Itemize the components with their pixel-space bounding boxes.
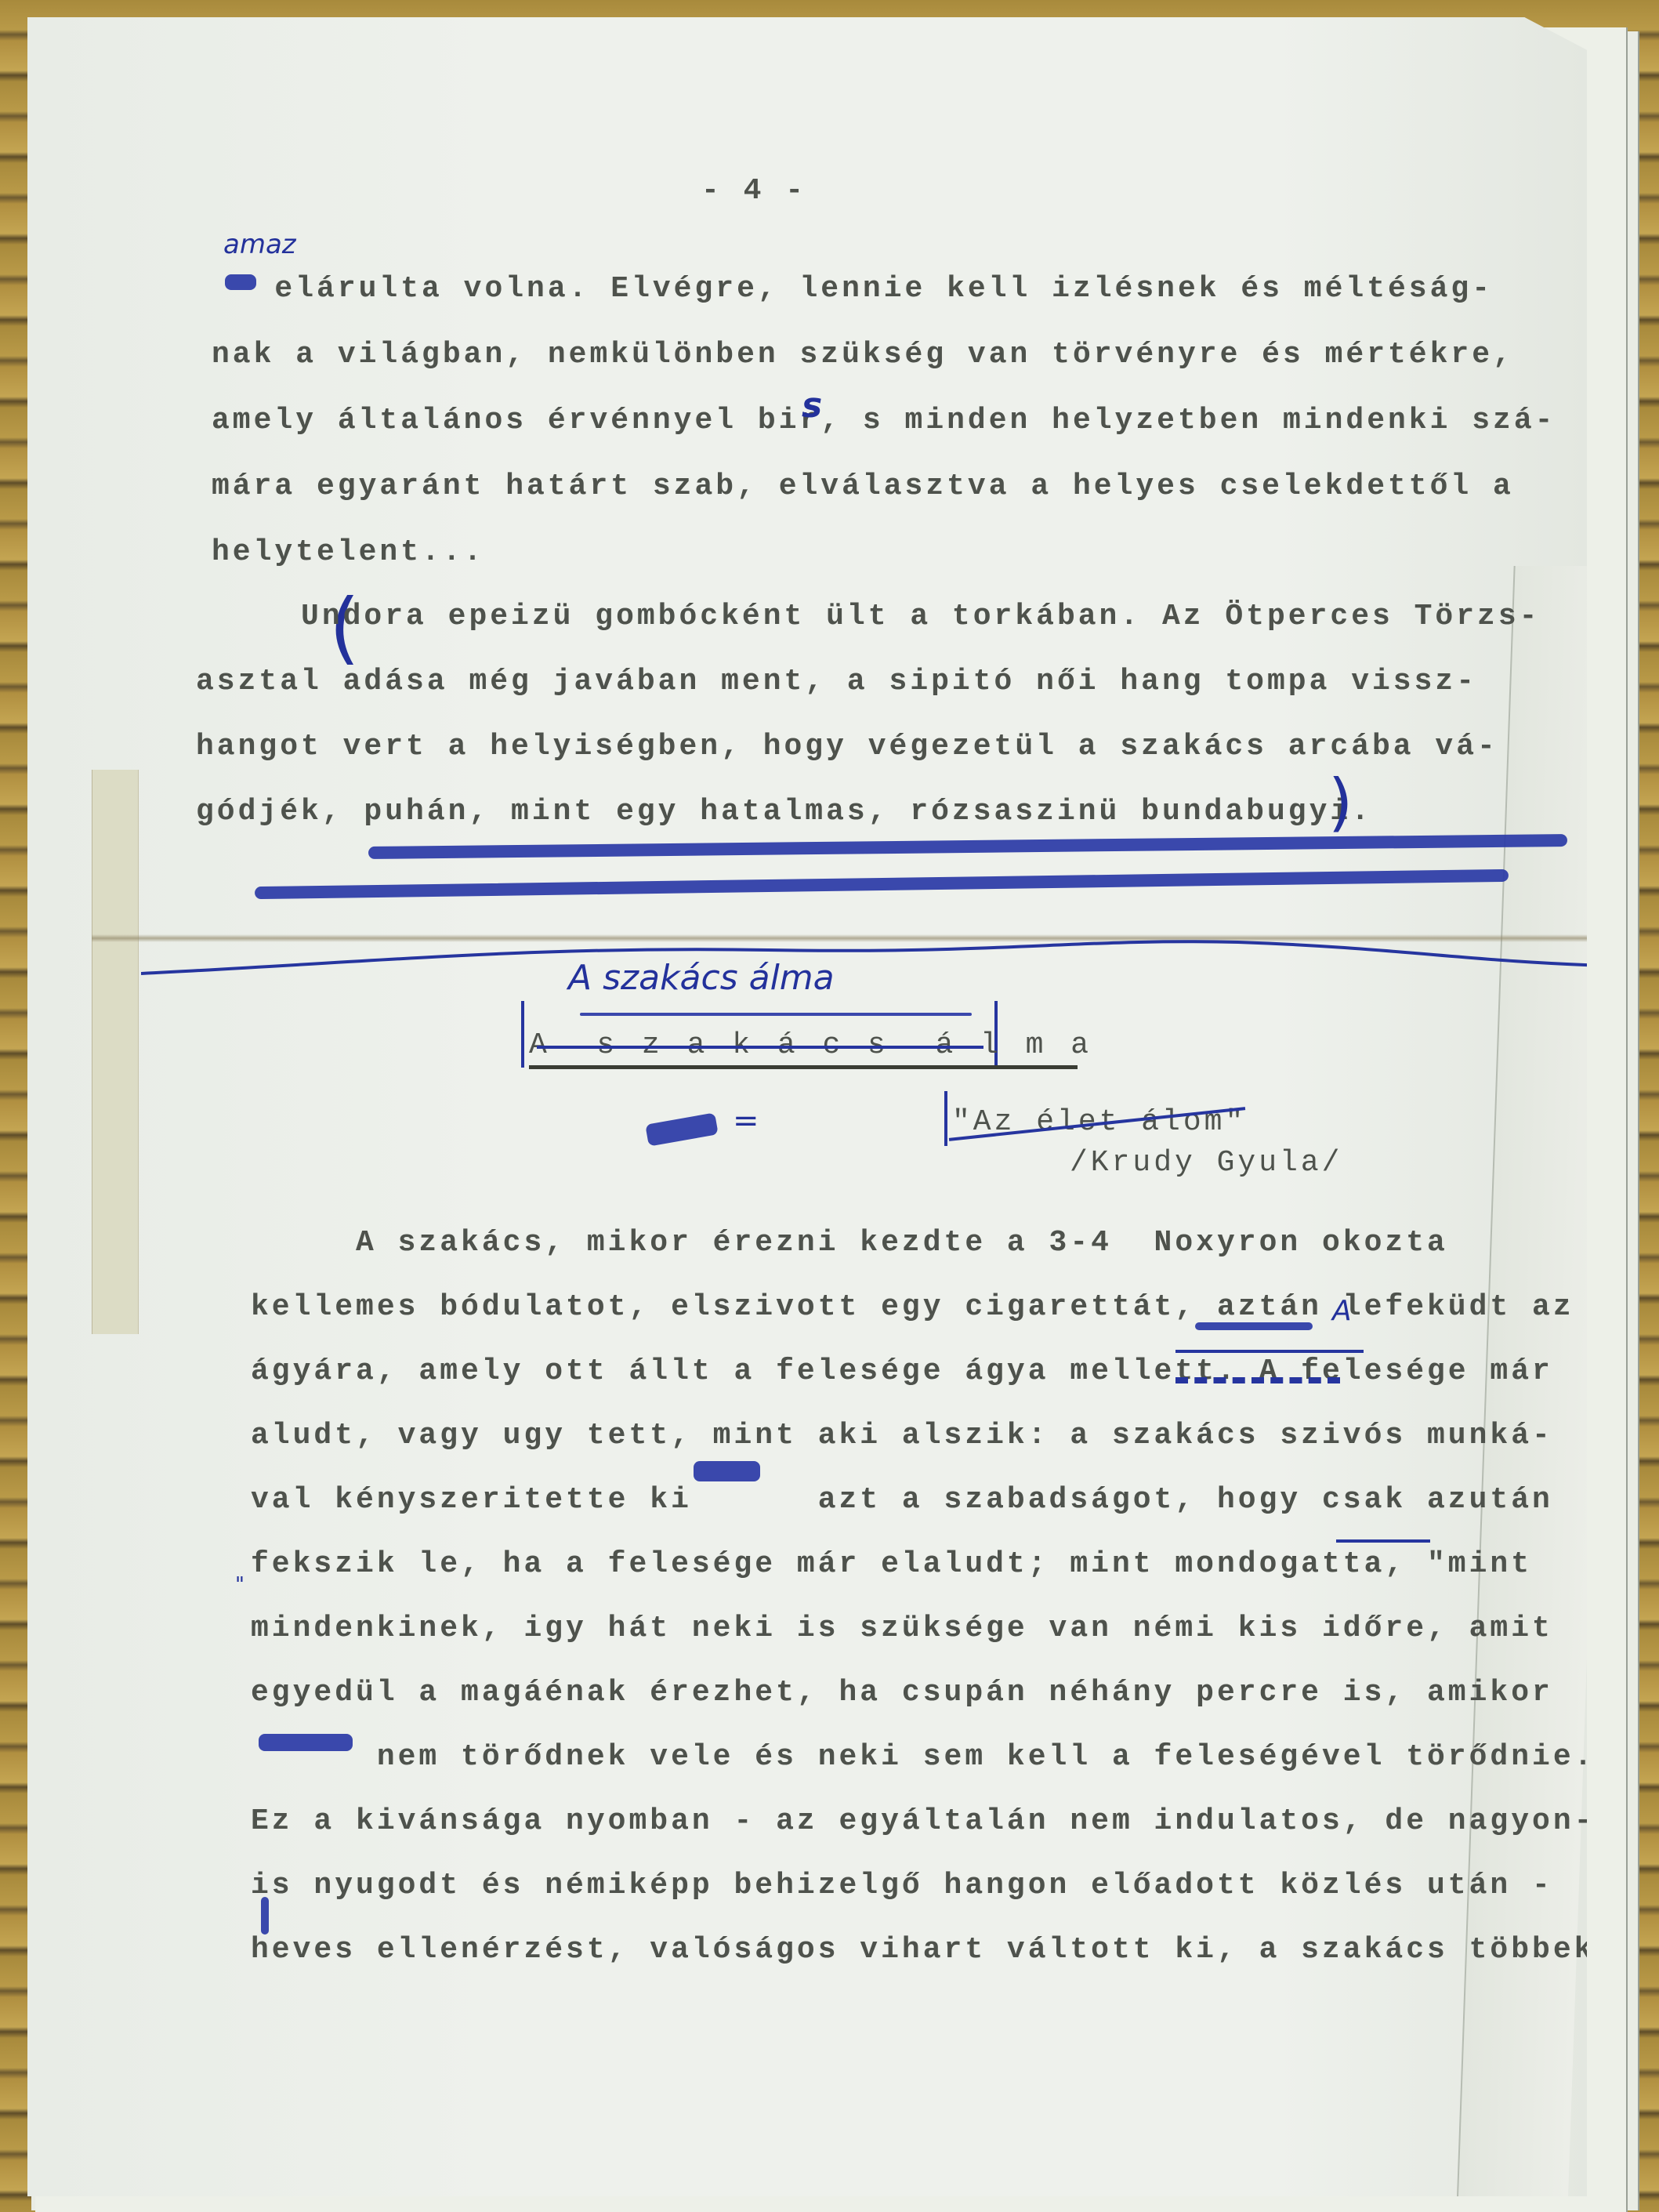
strikethrough-scribble-2 xyxy=(255,869,1509,899)
handwritten-title: A szakács álma xyxy=(568,958,835,998)
text-line: Undora epeizü gombócként ült a torkában.… xyxy=(196,584,1540,649)
text-line: aludt, vagy ugy tett, mint aki alszik: a… xyxy=(251,1404,1553,1468)
handwritten-wavy-line xyxy=(141,938,1606,985)
text-line: gódjék, puhán, mint egy hatalmas, rózsas… xyxy=(196,779,1372,844)
insert-mark-s: s xyxy=(802,386,822,426)
paragraph-3: A szakács, mikor érezni kezdte a 3-4 Nox… xyxy=(251,1211,335,2111)
epigraph-bracket xyxy=(944,1091,1253,1146)
text-line: hangot vert a helyiségben, hogy végezetü… xyxy=(196,714,1498,779)
page-number: - 4 - xyxy=(701,174,806,208)
adhesive-tape xyxy=(92,770,139,1334)
text-line: A szakács, mikor érezni kezdte a 3-4 Nox… xyxy=(251,1211,1448,1275)
ink-scribble xyxy=(225,274,256,290)
text-line: helytelent... xyxy=(212,520,484,586)
correction-mark-h xyxy=(261,1897,269,1935)
text-line: is nyugodt és némiképp behizelgő hangon … xyxy=(251,1854,1553,1918)
text-line: amely általános érvénnyel bir, s minden … xyxy=(212,388,1556,454)
feleseg-strike-top xyxy=(1195,1322,1313,1330)
text-line: nem törődnek vele és neki sem kell a fel… xyxy=(251,1725,1616,1790)
text-line: mára egyaránt határt szab, elválasztva a… xyxy=(212,454,1514,520)
correction-a: A xyxy=(1332,1295,1352,1327)
epigraph-author: /Krudy Gyula/ xyxy=(1070,1146,1342,1180)
mint-strikethrough xyxy=(1336,1539,1430,1543)
text-line: kellemes bódulatot, elszivott egy cigare… xyxy=(251,1275,1574,1340)
quote-insert-mark: " xyxy=(235,1573,245,1597)
paragraph-2: Undora epeizü gombócként ült a torkában.… xyxy=(196,584,280,974)
text-line: mindenkinek, igy hát neki is szüksége va… xyxy=(251,1597,1553,1661)
feleseg-strikethrough xyxy=(1175,1350,1364,1353)
crossed-out-mark xyxy=(645,1112,718,1146)
title-strikethrough xyxy=(537,1046,983,1049)
crossed-out-word xyxy=(259,1734,353,1751)
equals-mark: = xyxy=(733,1103,759,1139)
margin-annotation-amaz: amaz xyxy=(223,229,296,260)
text-line: val kényszeritette ki azt a szabadságot,… xyxy=(251,1468,1553,1532)
stet-dotted-underline xyxy=(1175,1377,1340,1383)
manuscript-page: - 4 - elárulta volna. Elvégre, lennie ke… xyxy=(27,17,1587,2196)
text-line: Ez a kivánsága nyomban - az egyáltalán n… xyxy=(251,1790,1595,1854)
text-line: elárulta volna. Elvégre, lennie kell izl… xyxy=(212,256,1493,322)
text-line: heves ellenérzést, valóságos vihart vált… xyxy=(251,1918,1595,1982)
text-line: nak a világban, nemkülönben szükség van … xyxy=(212,322,1514,388)
close-paren-mark: ) xyxy=(1328,766,1353,839)
text-line: asztal adása még javában ment, a sipitó … xyxy=(196,649,1477,714)
text-line: egyedül a magáénak érezhet, ha csupán né… xyxy=(251,1661,1553,1725)
crossed-out-word xyxy=(694,1461,760,1481)
title-underline xyxy=(529,1065,1078,1069)
